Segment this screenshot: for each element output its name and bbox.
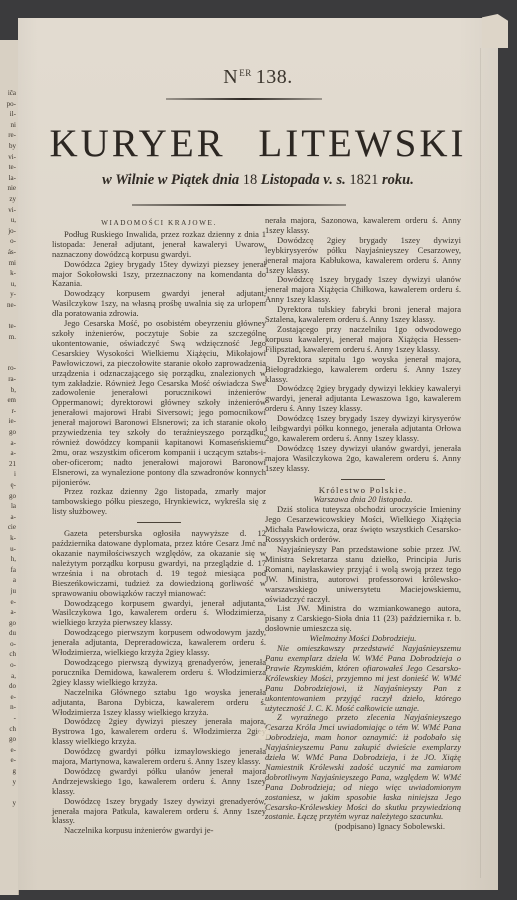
dateline-year: 1821 — [349, 172, 378, 188]
letter-paragraph: Z wyraźnego przeto zlecenia Nayjaśnieysz… — [265, 713, 461, 822]
masthead-title: KURYER LITEWSKI — [18, 124, 498, 164]
article-paragraph: Dziś stolica tuteysza obchodzi uroczyści… — [265, 505, 461, 545]
article-paragraph: Dowódzcę 1szey brygady 1szey dywizyi kir… — [265, 414, 461, 444]
issue-number-value: 138. — [256, 66, 293, 88]
article-paragraph: Dyrektora tulskiey fabryki broni jenerał… — [265, 305, 461, 325]
previous-page-text-fragment: iča po- il- ni re- by vi- te- la- nie zy… — [0, 40, 18, 808]
article-paragraph: List JW. Ministra do wzmiankowanego auto… — [265, 604, 461, 634]
issue-prefix-superscript: ER — [239, 68, 252, 78]
article-paragraph: Dowodzącego korpusem gwardyi, jenerał ad… — [52, 599, 266, 629]
paper-stain — [258, 728, 270, 740]
article-paragraph: Dowódzcę 1szey brygady 1szey dywizyi gre… — [52, 797, 266, 827]
article-paragraph: Dowodzącego pierwszym korpusem odwodowym… — [52, 628, 266, 658]
article-paragraph: Dowodzący korpusem gwardyi jenerał adjut… — [52, 289, 266, 319]
dateline: w Wilnie w Piątek dnia 18 Listopada v. s… — [18, 172, 498, 189]
article-paragraph: Dowódzcę 2giey brygady 1szey dywizyi ley… — [265, 236, 461, 276]
article-paragraph: Dowodzącego pierwszą dywizyą grenadyerów… — [52, 658, 266, 688]
dateline-suffix: roku. — [378, 172, 413, 188]
article-paragraph: Jego Cesarska Mość, po osobistém obeyrze… — [52, 319, 266, 487]
left-column: WIADOMOŚCI KRAJOWE. Podług Ruskiego Inwa… — [52, 218, 266, 836]
issue-prefix: N — [223, 66, 238, 88]
section-divider — [137, 522, 181, 523]
right-column: nerała majora, Sazonowa, kawalerem order… — [265, 216, 461, 832]
dateline-day: 18 — [243, 172, 258, 188]
article-paragraph: Naczelnika Głównego sztabu 1go woyska je… — [52, 688, 266, 718]
torn-corner — [482, 14, 508, 48]
letter-signature: (podpisano) Ignacy Sobolewski. — [265, 822, 461, 832]
article-paragraph: Dowódzcę gwardyi półku izmaylowskiego je… — [52, 747, 266, 767]
dateline-month: Listopada v. s. — [257, 172, 349, 188]
article-paragraph: Dyrektora szpitalu 1go woyska jenerał ma… — [265, 355, 461, 385]
masthead-rule-top — [166, 98, 322, 100]
article-paragraph: Dowódzcę 2giey dywizyi pieszey jenerała … — [52, 717, 266, 747]
article-paragraph: Naczelnika korpusu inżenierów gwardyi je… — [52, 826, 266, 836]
section-divider — [341, 479, 385, 480]
article-paragraph: Przez rozkaz dzienny 2go listopada, zmar… — [52, 487, 266, 517]
issue-number: NER138. — [18, 66, 498, 89]
article-paragraph: Zostającego przy naczelniku 1go odwodowe… — [265, 325, 461, 355]
masthead-rule-bottom — [132, 204, 346, 206]
article-paragraph: Dowódzca 2giey brygady 15tey dywizyi pie… — [52, 260, 266, 290]
dateline-place: w Wilnie w Piątek dnia — [102, 172, 243, 188]
article-paragraph: Podług Ruskiego Inwalida, przez rozkaz d… — [52, 230, 266, 260]
newspaper-page: NER138. KURYER LITEWSKI w Wilnie w Piąte… — [18, 18, 498, 890]
article-paragraph: Dowódzcę 1szey brygady 1szey dywizyi uła… — [265, 275, 461, 305]
letter-paragraph: Nie omieszkawszy przedstawić Nayjaśnieys… — [265, 644, 461, 713]
article-paragraph-continued: nerała majora, Sazonowa, kawalerem order… — [265, 216, 461, 236]
article-paragraph: Dowódzcę 1szey dywizyi ułanów gwardyi, j… — [265, 444, 461, 474]
section-heading-domestic-news: WIADOMOŚCI KRAJOWE. — [52, 219, 266, 229]
article-paragraph: Dowódzcę gwardyi półku ułanów jenerał ma… — [52, 767, 266, 797]
article-paragraph: Dowódzcę 2giey brygady dywizyi lekkiey k… — [265, 384, 461, 414]
article-paragraph: Gazeta petersburska ogłosiła naywyższe d… — [52, 529, 266, 598]
previous-page-edge: iča po- il- ni re- by vi- te- la- nie zy… — [0, 40, 19, 895]
article-paragraph: Nayjaśnieyszy Pan przedstawione sobie pr… — [265, 545, 461, 604]
